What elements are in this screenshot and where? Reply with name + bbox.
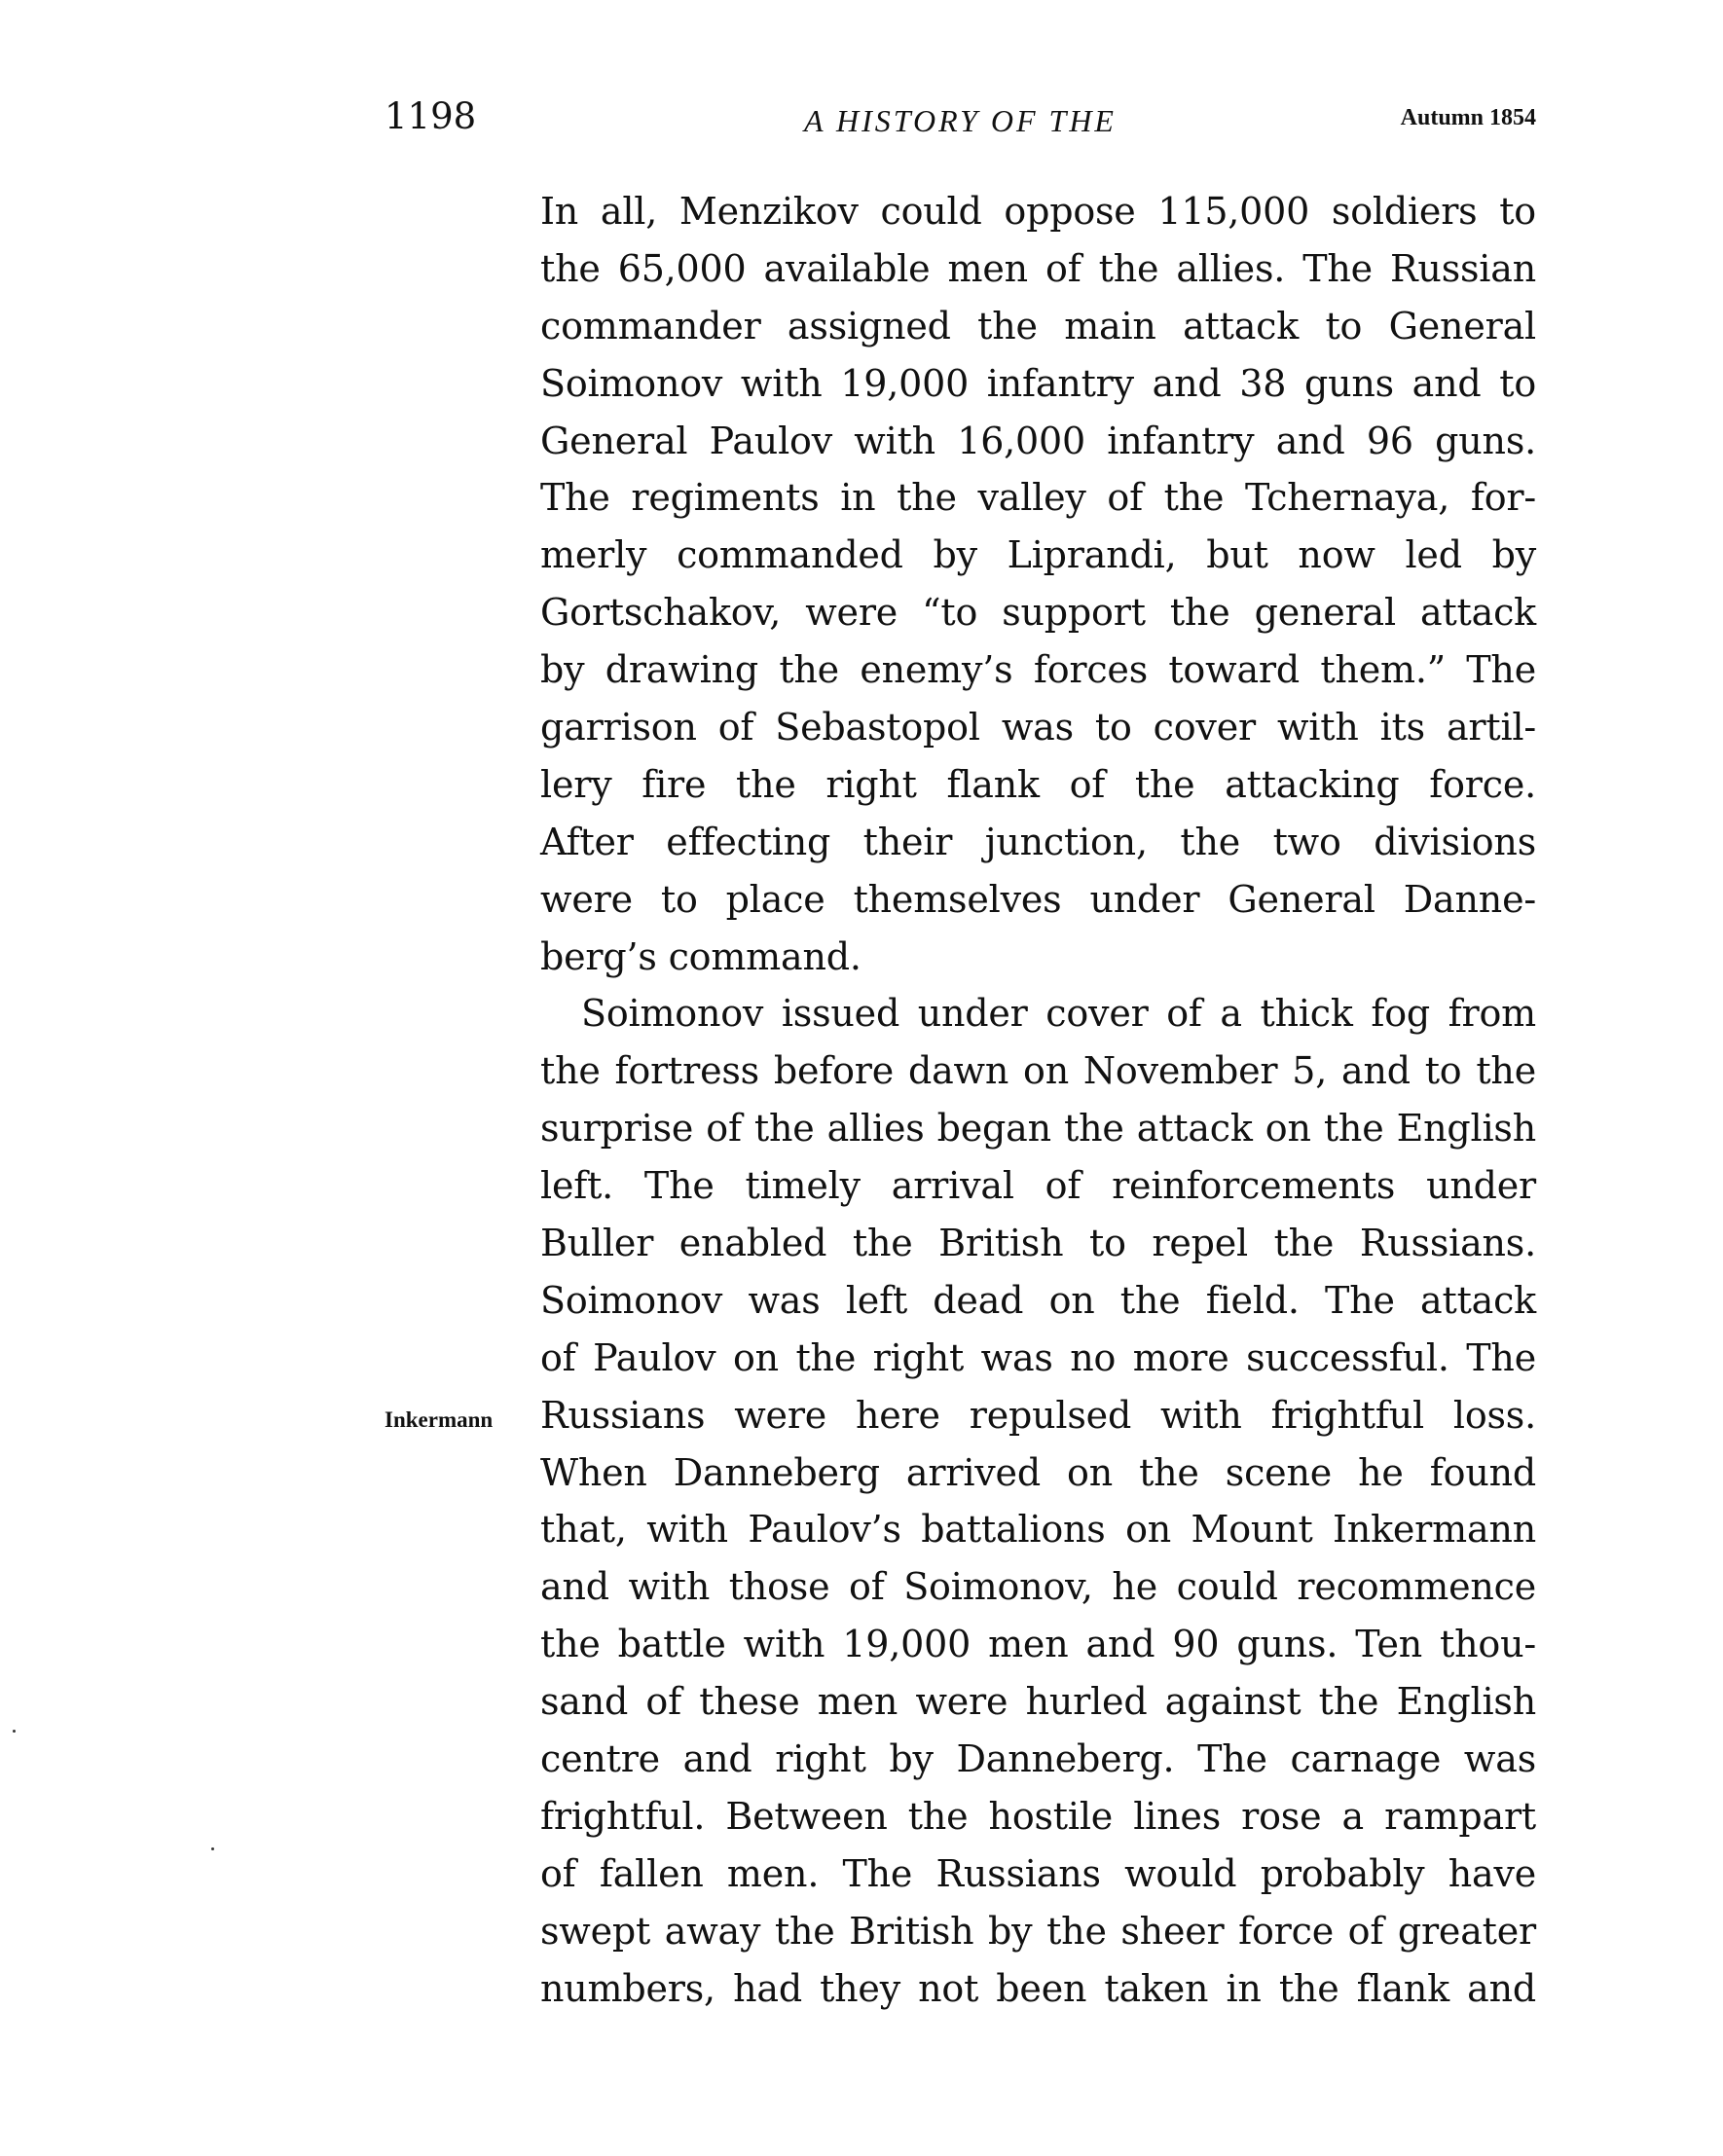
- text-line: merly commanded by Liprandi, but now led…: [540, 527, 1536, 584]
- text-line: surprise of the allies began the attack …: [540, 1100, 1536, 1157]
- text-line: and with those of Soimonov, he could rec…: [540, 1558, 1536, 1616]
- text-line: Soimonov was left dead on the field. The…: [540, 1272, 1536, 1330]
- text-line: lery fire the right flank of the attacki…: [540, 756, 1536, 814]
- book-page: 1198 A HISTORY OF THE Autumn 1854 Inkerm…: [0, 0, 1723, 2156]
- text-line: of fallen men. The Russians would probab…: [540, 1845, 1536, 1903]
- text-line: The regiments in the valley of the Tcher…: [540, 469, 1536, 527]
- running-head: 1198 A HISTORY OF THE Autumn 1854: [385, 95, 1536, 144]
- text-line: frightful. Between the hostile lines ros…: [540, 1788, 1536, 1845]
- text-line: Soimonov with 19,000 infantry and 38 gun…: [540, 355, 1536, 413]
- text-line: When Danneberg arrived on the scene he f…: [540, 1444, 1536, 1502]
- text-line: General Paulov with 16,000 infantry and …: [540, 413, 1536, 470]
- text-line: Russians were here repulsed with frightf…: [540, 1387, 1536, 1444]
- text-line: commander assigned the main attack to Ge…: [540, 298, 1536, 355]
- text-line: centre and right by Danneberg. The carna…: [540, 1731, 1536, 1788]
- text-line: numbers, had they not been taken in the …: [540, 1960, 1536, 2018]
- margin-note: Inkermann: [385, 1407, 493, 1433]
- text-line: sand of these men were hurled against th…: [540, 1673, 1536, 1731]
- text-line: Gortschakov, were “to support the genera…: [540, 584, 1536, 641]
- text-line: the 65,000 available men of the allies. …: [540, 240, 1536, 298]
- running-title: A HISTORY OF THE: [385, 103, 1536, 139]
- text-line: by drawing the enemy’s forces toward the…: [540, 641, 1536, 699]
- text-line: In all, Menzikov could oppose 115,000 so…: [540, 183, 1536, 240]
- text-line: berg’s command.: [540, 929, 1536, 986]
- text-line: the battle with 19,000 men and 90 guns. …: [540, 1616, 1536, 1673]
- text-line: Buller enabled the British to repel the …: [540, 1215, 1536, 1272]
- text-line: After effecting their junction, the two …: [540, 814, 1536, 871]
- text-line: Soimonov issued under cover of a thick f…: [540, 985, 1536, 1042]
- text-line: of Paulov on the right was no more succe…: [540, 1330, 1536, 1387]
- paragraph-1: In all, Menzikov could oppose 115,000 so…: [540, 183, 1536, 985]
- running-date: Autumn 1854: [1401, 105, 1536, 131]
- text-line: that, with Paulov’s battalions on Mount …: [540, 1501, 1536, 1558]
- text-line: swept away the British by the sheer forc…: [540, 1903, 1536, 1960]
- scan-speck: [13, 1730, 16, 1733]
- body-text: In all, Menzikov could oppose 115,000 so…: [540, 183, 1536, 2018]
- text-line: left. The timely arrival of reinforcemen…: [540, 1157, 1536, 1215]
- text-line: were to place themselves under General D…: [540, 871, 1536, 929]
- scan-speck: [211, 1847, 214, 1850]
- paragraph-2: Soimonov issued under cover of a thick f…: [540, 985, 1536, 2017]
- text-line: garrison of Sebastopol was to cover with…: [540, 699, 1536, 756]
- text-line: the fortress before dawn on November 5, …: [540, 1042, 1536, 1100]
